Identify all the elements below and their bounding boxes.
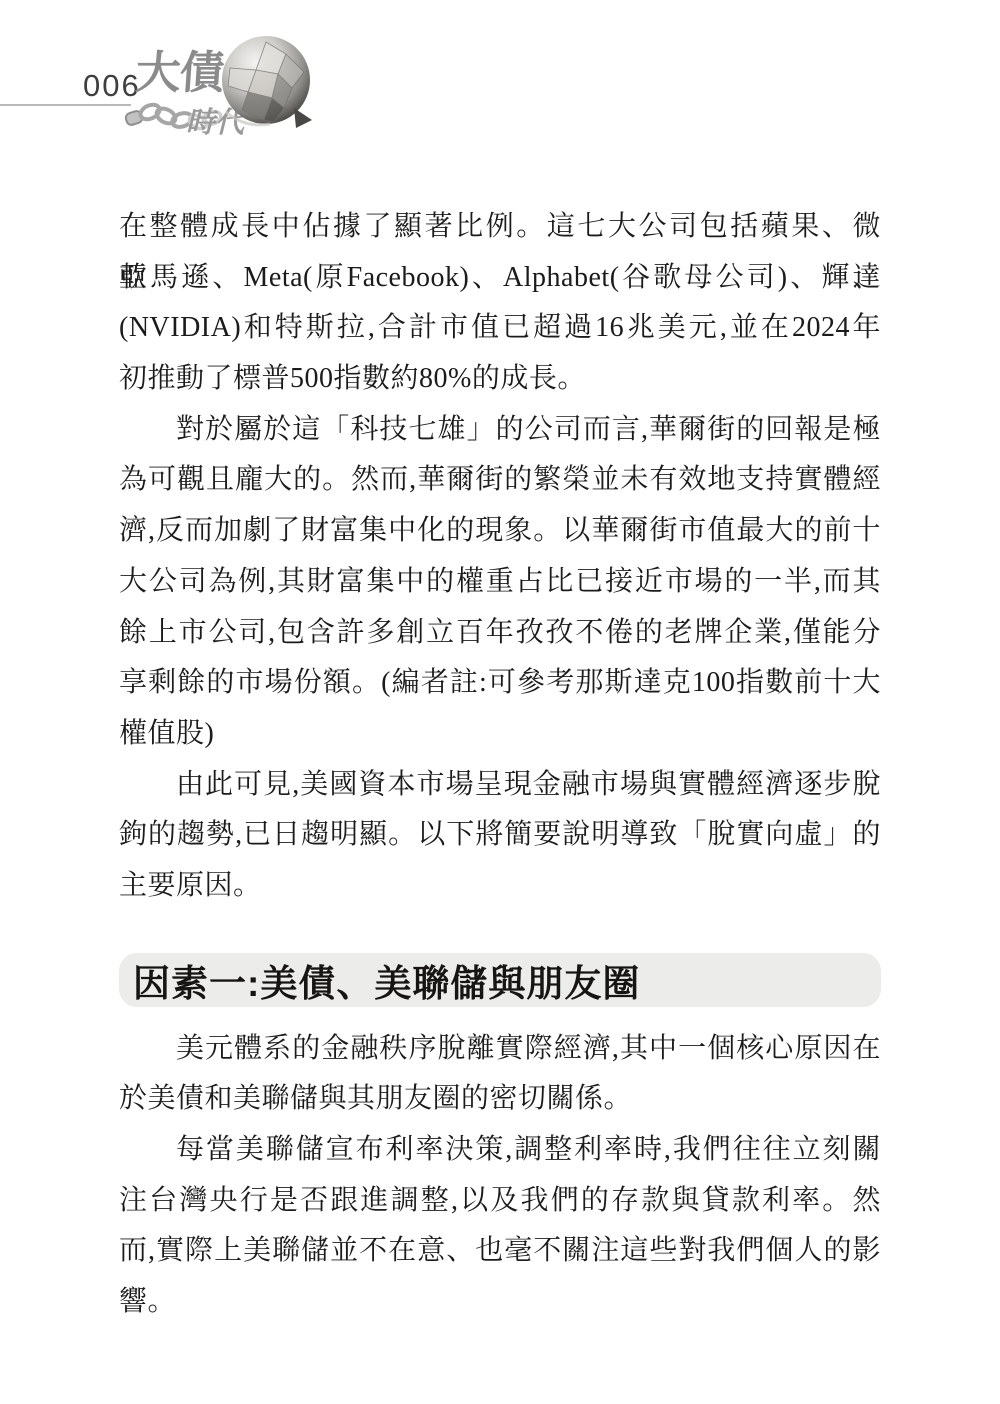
paragraph: 對於屬於這「科技七雄」的公司而言,華爾街的回報是極 為可觀且龐大的。然而,華爾街… <box>119 405 881 760</box>
text-line: 餘上市公司,包含許多創立百年孜孜不倦的老牌企業,僅能分 <box>119 608 881 659</box>
text-line: 由此可見,美國資本市場呈現金融市場與實體經濟逐步脫 <box>119 760 881 811</box>
text-line: 於美債和美聯儲與其朋友圈的密切關係。 <box>119 1074 881 1125</box>
header-rule <box>0 104 131 106</box>
book-logo: 大債 時代 <box>128 28 318 143</box>
text-line: 響。 <box>119 1277 881 1328</box>
text-line: 主要原因。 <box>119 861 881 912</box>
text-line: 注台灣央行是否跟進調整,以及我們的存款與貸款利率。然 <box>119 1176 881 1227</box>
text-line: (NVIDIA)和特斯拉,合計市值已超過16兆美元,並在2024年 <box>119 303 881 354</box>
page-body: 在整體成長中佔據了顯著比例。這七大公司包括蘋果、微軟、 亞馬遜、Meta(原Fa… <box>119 202 881 1328</box>
text-line: 初推動了標普500指數約80%的成長。 <box>119 354 881 405</box>
text-line: 對於屬於這「科技七雄」的公司而言,華爾街的回報是極 <box>119 405 881 456</box>
text-line: 大公司為例,其財富集中的權重占比已接近市場的一半,而其 <box>119 557 881 608</box>
text-line: 每當美聯儲宣布利率決策,調整利率時,我們往往立刻關 <box>119 1125 881 1176</box>
text-line: 美元體系的金融秩序脫離實際經濟,其中一個核心原因在 <box>119 1024 881 1075</box>
text-line: 而,實際上美聯儲並不在意、也毫不關注這些對我們個人的影 <box>119 1226 881 1277</box>
paragraph: 美元體系的金融秩序脫離實際經濟,其中一個核心原因在 於美債和美聯儲與其朋友圈的密… <box>119 1024 881 1125</box>
paragraph: 每當美聯儲宣布利率決策,調整利率時,我們往往立刻關 注台灣央行是否跟進調整,以及… <box>119 1125 881 1328</box>
section-heading: 因素一:美債、美聯儲與朋友圈 <box>119 953 881 1007</box>
text-line: 亞馬遜、Meta(原Facebook)、Alphabet(谷歌母公司)、輝達 <box>119 253 881 304</box>
text-line: 為可觀且龐大的。然而,華爾街的繁榮並未有效地支持實體經 <box>119 455 881 506</box>
text-line: 權值股) <box>119 709 881 760</box>
book-page: 006 大債 時代 <box>0 0 1000 1404</box>
paragraph: 在整體成長中佔據了顯著比例。這七大公司包括蘋果、微軟、 亞馬遜、Meta(原Fa… <box>119 202 881 405</box>
text-line: 享剩餘的市場份額。(編者註:可參考那斯達克100指數前十大 <box>119 658 881 709</box>
paragraph: 由此可見,美國資本市場呈現金融市場與實體經濟逐步脫 鉤的趨勢,已日趨明顯。以下將… <box>119 760 881 912</box>
text-line: 在整體成長中佔據了顯著比例。這七大公司包括蘋果、微軟、 <box>119 202 881 253</box>
text-line: 濟,反而加劇了財富集中化的現象。以華爾街市值最大的前十 <box>119 506 881 557</box>
text-line: 鉤的趨勢,已日趨明顯。以下將簡要說明導致「脫實向虛」的 <box>119 810 881 861</box>
section-heading-text: 因素一:美債、美聯儲與朋友圈 <box>119 953 640 1007</box>
money-globe-icon <box>216 32 316 138</box>
